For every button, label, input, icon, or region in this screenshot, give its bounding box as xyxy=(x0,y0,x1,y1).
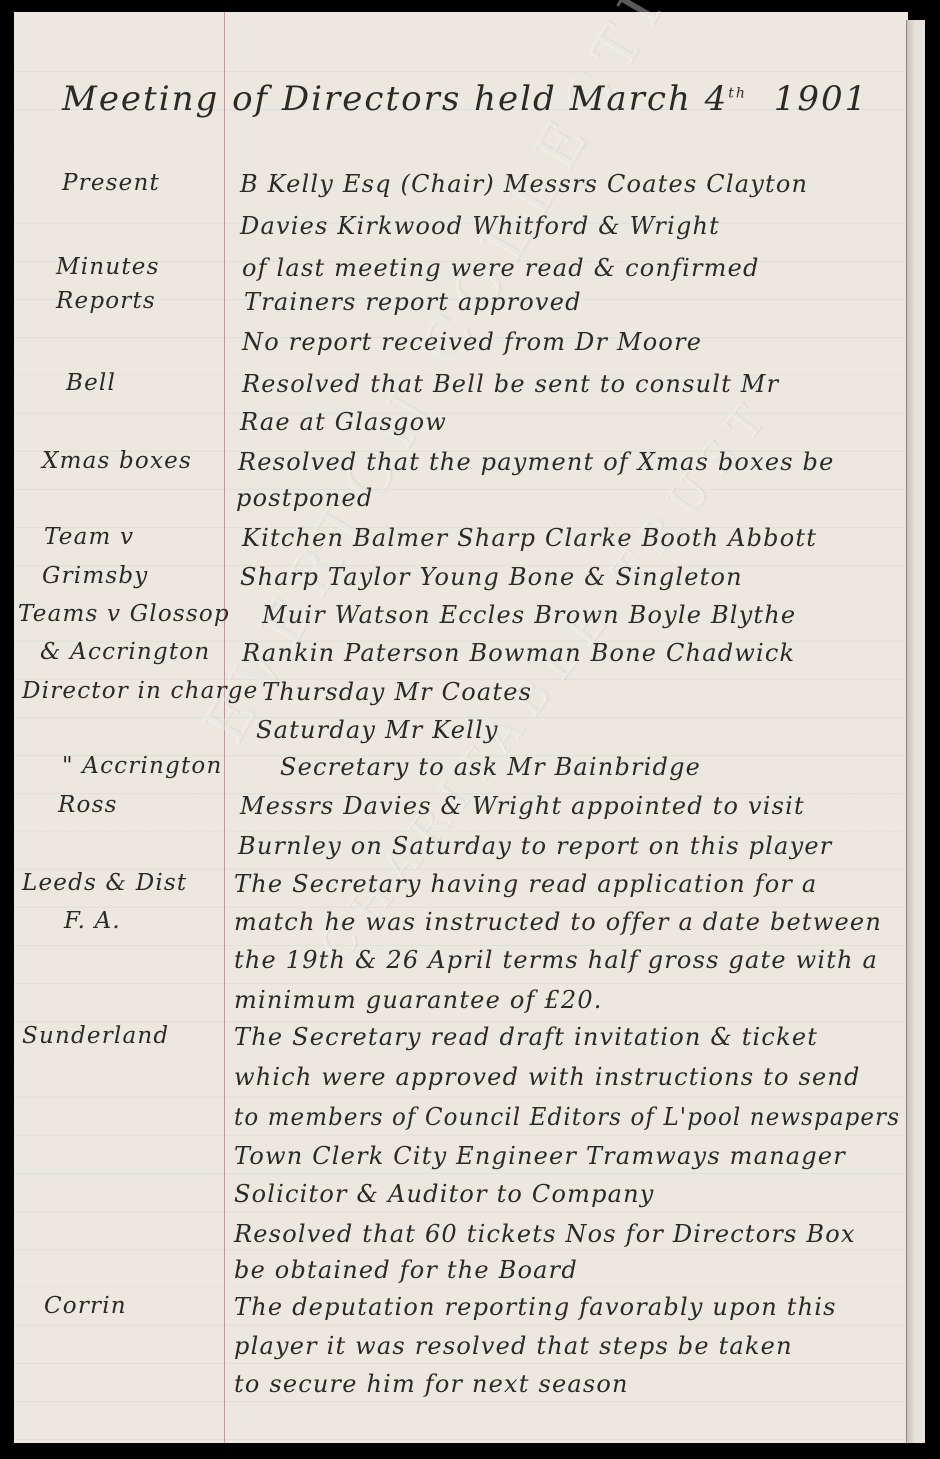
label-corrin: Corrin xyxy=(44,1295,127,1318)
entry-xmas-line-2: postponed xyxy=(236,486,373,510)
entry-bell-line-2: Rae at Glasgow xyxy=(240,410,447,434)
entry-accrington: Secretary to ask Mr Bainbridge xyxy=(280,755,701,779)
label-reports: Reports xyxy=(56,290,156,313)
label-minutes: Minutes xyxy=(56,256,160,279)
label-teams-v-glossop: Teams v Glossop xyxy=(18,603,230,626)
entry-present-line-2: Davies Kirkwood Whitford & Wright xyxy=(240,214,720,238)
entry-ross-line-1: Messrs Davies & Wright appointed to visi… xyxy=(240,794,805,818)
label-fa: F. A. xyxy=(64,910,121,933)
entry-bell-line-1: Resolved that Bell be sent to consult Mr xyxy=(242,372,779,396)
entry-team-line-2: Sharp Taylor Young Bone & Singleton xyxy=(240,565,743,589)
label-and-accrington: & Accrington xyxy=(40,641,210,664)
label-accrington: " Accrington xyxy=(62,755,222,778)
title-text: Meeting of Directors held March 4 xyxy=(62,79,728,119)
label-present: Present xyxy=(62,172,160,195)
entry-ross-line-2: Burnley on Saturday to report on this pl… xyxy=(238,834,832,858)
entry-leeds-line-2: match he was instructed to offer a date … xyxy=(234,910,882,934)
title-year: 1901 xyxy=(774,79,869,119)
entry-leeds-line-4: minimum guarantee of £20. xyxy=(234,988,603,1012)
entry-sunderland-line-1: The Secretary read draft invitation & ti… xyxy=(234,1025,818,1049)
red-margin-rule xyxy=(224,12,225,1443)
entry-leeds-line-3: the 19th & 26 April terms half gross gat… xyxy=(234,948,878,972)
label-sunderland: Sunderland xyxy=(22,1025,169,1048)
entry-reports-line-2: No report received from Dr Moore xyxy=(242,330,702,354)
label-leeds-dist: Leeds & Dist xyxy=(22,872,187,895)
label-grimsby: Grimsby xyxy=(42,565,148,588)
entry-sunderland-line-2: which were approved with instructions to… xyxy=(234,1065,861,1089)
label-director-in-charge: Director in charge xyxy=(22,680,259,703)
entry-leeds-line-1: The Secretary having read application fo… xyxy=(234,872,817,896)
entry-director-line-1: Thursday Mr Coates xyxy=(262,680,532,704)
entry-sunderland-line-7: be obtained for the Board xyxy=(234,1258,578,1282)
entry-team-line-1: Kitchen Balmer Sharp Clarke Booth Abbott xyxy=(242,526,817,550)
entry-minutes: of last meeting were read & confirmed xyxy=(242,256,760,280)
entry-sunderland-line-5: Solicitor & Auditor to Company xyxy=(234,1182,655,1206)
minutes-title: Meeting of Directors held March 4th 1901 xyxy=(62,82,868,116)
entry-corrin-line-3: to secure him for next season xyxy=(234,1372,629,1396)
label-xmas-boxes: Xmas boxes xyxy=(42,450,192,473)
entry-present-line-1: B Kelly Esq (Chair) Messrs Coates Clayto… xyxy=(240,172,808,196)
entry-teams-line-2: Rankin Paterson Bowman Bone Chadwick xyxy=(242,641,795,665)
entry-corrin-line-2: player it was resolved that steps be tak… xyxy=(234,1334,793,1358)
underlying-page-edge xyxy=(906,20,925,1443)
label-team-v: Team v xyxy=(44,526,134,549)
entry-sunderland-line-6: Resolved that 60 tickets Nos for Directo… xyxy=(234,1222,856,1246)
entry-director-line-2: Saturday Mr Kelly xyxy=(256,718,499,742)
entry-sunderland-line-3: to members of Council Editors of L'pool … xyxy=(234,1105,900,1129)
entry-xmas-line-1: Resolved that the payment of Xmas boxes … xyxy=(238,450,835,474)
entry-teams-line-1: Muir Watson Eccles Brown Boyle Blythe xyxy=(262,603,796,627)
label-ross: Ross xyxy=(58,794,118,817)
entry-corrin-line-1: The deputation reporting favorably upon … xyxy=(234,1295,837,1319)
entry-reports-line-1: Trainers report approved xyxy=(244,290,582,314)
title-ordinal: th xyxy=(728,86,747,102)
entry-sunderland-line-4: Town Clerk City Engineer Tramways manage… xyxy=(234,1144,846,1168)
label-bell: Bell xyxy=(66,372,116,395)
